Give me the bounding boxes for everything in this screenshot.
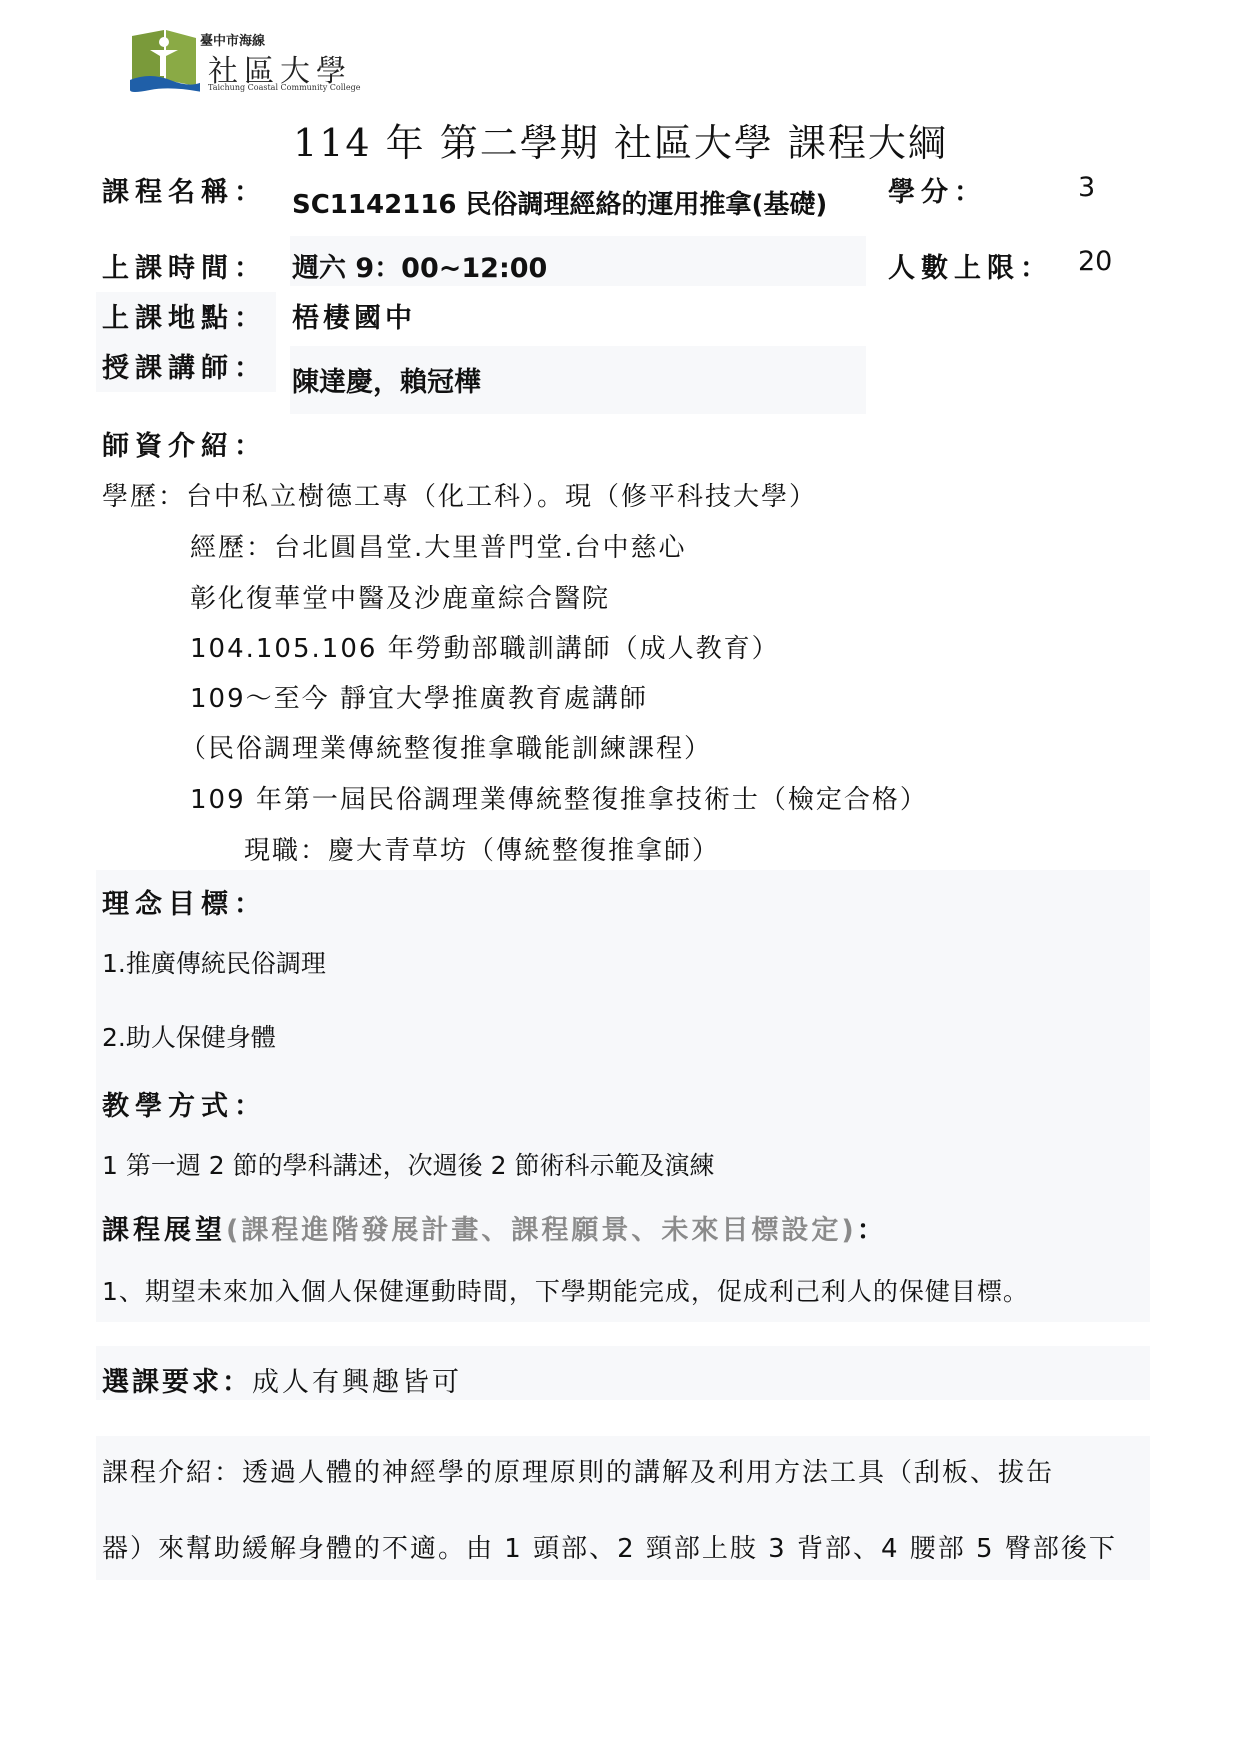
location-label: 上課地點： [102,296,267,335]
time-value: 週六 9：00~12:00 [292,246,547,285]
time-label: 上課時間： [102,246,267,285]
course-intro-line: 器）來幫助緩解身體的不適。由 1 頭部、2 頸部上肢 3 背部、4 腰部 5 臀… [102,1528,1117,1565]
course-name-value: SC1142116 民俗調理經絡的運用推拿(基礎) [292,184,827,221]
logo-book-icon [130,28,200,94]
requirement-label: 選課要求： [102,1367,252,1398]
school-logo: 臺中市海線 社區大學 Taichung Coastal Community Co… [130,28,370,94]
capacity-label: 人數上限： [888,246,1053,285]
teacher-intro-line: 104.105.106 年勞動部職訓講師（成人教育） [190,628,780,665]
requirement-row: 選課要求：成人有興趣皆可 [102,1360,462,1399]
teacher-intro-line: 經歷：台北圓昌堂.大里普門堂.台中慈心 [190,527,687,564]
outlook-heading-note: (課程進階發展計畫、課程願景、未來目標設定) [226,1215,857,1246]
instructor-label: 授課講師： [102,346,267,385]
teacher-intro-line: 學歷：台中私立樹德工專（化工科）。現（修平科技大學） [102,476,817,513]
course-name-label: 課程名稱： [102,170,267,209]
outlook-text: 1、期望未來加入個人保健運動時間，下學期能完成，促成利己利人的保健目標。 [102,1272,1029,1308]
teaching-method-heading: 教學方式： [102,1084,267,1123]
outlook-heading: 課程展望(課程進階發展計畫、課程願景、未來目標設定)： [102,1208,884,1247]
course-intro-line: 課程介紹：透過人體的神經學的原理原則的講解及利用方法工具（刮板、拔缶 [102,1452,1054,1489]
teacher-intro-line: 109～至今 靜宜大學推廣教育處講師 [190,678,648,715]
page-title: 114 年 第二學期 社區大學 課程大綱 [0,112,1241,167]
outlook-heading-colon: ： [857,1215,884,1246]
location-value: 梧棲國中 [292,296,416,335]
capacity-value: 20 [1078,246,1112,277]
credits-label: 學分： [888,170,987,209]
logo-sub-text: Taichung Coastal Community College [208,83,360,92]
goal-item: 2.助人保健身體 [102,1018,276,1054]
credits-value: 3 [1078,172,1095,203]
teaching-method-text: 1 第一週 2 節的學科講述，次週後 2 節術科示範及演練 [102,1146,714,1182]
teacher-intro-line: 109 年第一屆民俗調理業傳統整復推拿技術士（檢定合格） [190,779,928,816]
teacher-intro-line: （民俗調理業傳統整復推拿職能訓練課程） [180,728,712,765]
teacher-intro-line: 現職：慶大青草坊（傳統整復推拿師） [244,830,720,867]
outlook-heading-main: 課程展望 [102,1215,226,1246]
teacher-intro-line: 彰化復華堂中醫及沙鹿童綜合醫院 [190,578,610,615]
requirement-text: 成人有興趣皆可 [252,1367,462,1398]
goal-item: 1.推廣傳統民俗調理 [102,944,326,980]
instructor-value: 陳達慶，賴冠樺 [292,360,481,399]
goals-heading: 理念目標： [102,882,267,921]
teacher-intro-heading: 師資介紹： [102,424,267,463]
